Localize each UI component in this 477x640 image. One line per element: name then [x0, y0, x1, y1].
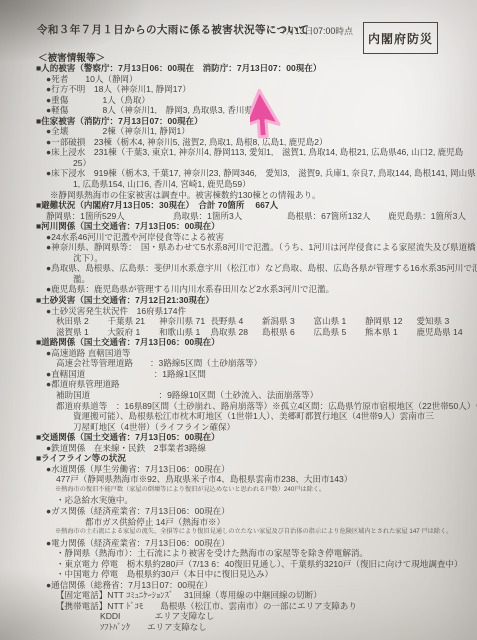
- doc-col: 広島県 5: [314, 327, 366, 338]
- doc-line: 高速会社等管理道路 ：3路線5区間（土砂崩落等）: [56, 358, 477, 369]
- doc-line: ●全壊 2棟（神奈川1, 静岡1）: [46, 126, 477, 137]
- doc-line: 秋田県 2千葉県 21神奈川県 71長野県 4新潟県 3富山県 1静岡県 12愛…: [56, 316, 477, 327]
- doc-line: 25）: [73, 158, 477, 169]
- doc-line: 資運搬可能）、島根県松江市枕木町地区（1世帯1人）、美郷町都賀行地区（4世帯9人…: [73, 411, 477, 422]
- doc-line: ■住家被害（消防庁：7月13日07：00現在）: [36, 116, 477, 127]
- doc-col: 大阪府 1: [108, 327, 160, 338]
- doc-line: ●鉄道関係 在来線・民鉄 2事業者3路線: [46, 443, 477, 454]
- doc-line: KDDI エリア支障なし: [100, 611, 477, 622]
- doc-line: ●軽傷 8人（神奈川1, 静岡3, 鳥取県3, 香川県1）: [46, 105, 477, 116]
- doc-line: ●鳥取県、島根県、広島県：斐伊川水系意宇川（松江市）など鳥取、島根、広島各県が管…: [46, 263, 477, 274]
- document-page: 令和３年７月１日からの大雨に係る被害状況等について 7月13日07:00時点 内…: [0, 0, 477, 640]
- doc-line: 1, 広島県154, 山口6, 香川4, 宮崎1, 鹿児島59）: [73, 179, 477, 190]
- doc-line: ■避難状況（内閣府7月13日05：30現在） 合計 70箇所 667人: [36, 200, 477, 211]
- doc-line: ■土砂災害（国土交通省：7月12日21:30現在）: [36, 295, 477, 306]
- doc-line: ●神奈川県、静岡県等： 国・県あわせて5水系8河川で氾濫。（うち、1河川は河岸侵…: [46, 242, 477, 253]
- doc-line: ●土砂災害発生状況件 16府県174件: [46, 306, 477, 317]
- doc-line: ●床上浸水 231棟（千葉3, 東京1, 神奈川4, 静岡113, 愛知1, 滋…: [46, 147, 477, 158]
- doc-line: ｿﾌﾄﾊﾞﾝｸ エリア支障なし: [100, 622, 477, 633]
- doc-line: 刀屋町地区（4世帯）（ライフライン確保）: [73, 422, 477, 433]
- doc-line: 477戸（静岡県熱海市※92、鳥取県米子市4、島根県雲南市238、大田市143）: [56, 474, 477, 485]
- doc-col: 秋田県 2: [56, 316, 108, 327]
- doc-line: ■交通関係（国土交通省：7月13日05：00現在）: [36, 432, 477, 443]
- doc-line: 沈下）。: [73, 253, 477, 264]
- doc-line: ●直轄国道 ：1路線1区間: [46, 369, 477, 380]
- doc-line: ●24水系46河川で氾濫や河岸侵食等による被害: [46, 232, 477, 243]
- doc-line: ■ライフライン等の状況: [36, 453, 477, 464]
- doc-line: ※熱海市の土石流による家屋の流失、全損等により復旧見通しの立たない家屋及び自治体…: [55, 527, 477, 538]
- doc-line: ●重傷 1人（鳥取）: [46, 95, 477, 106]
- doc-line: ※静岡県熱海市の住家被害は調査中。被害棟数約130棟との情報あり。: [50, 190, 477, 201]
- doc-col: 富山県 1: [314, 316, 366, 327]
- doc-body: ■人的被害（警察庁：7月13日06：00現在 消防庁：7月13日07：00現在）…: [0, 63, 477, 633]
- doc-line: ●ガス関係（経済産業省：7月13日06：00現在）: [46, 506, 477, 517]
- doc-line: ※熱海市の復旧不能戸数（家屋の倒壊等により復旧が見込めないと思われる戸数）240…: [55, 485, 477, 496]
- doc-line: ●通信関係（総務省：7月13日07：00現在）: [46, 580, 477, 591]
- doc-col: 島根県 6: [262, 327, 314, 338]
- page-title: 令和３年７月１日からの大雨に係る被害状況等について: [37, 22, 309, 37]
- doc-line: ●行方不明 18人（神奈川1, 静岡17）: [46, 84, 477, 95]
- doc-col: 滋賀県 1: [56, 327, 108, 338]
- doc-col: 島根県：67箇所132人: [287, 211, 388, 222]
- cabinet-office-badge: 内閣府防災: [363, 22, 438, 54]
- doc-line: 静岡県：1箇所529人鳥取県：1箇所3人島根県：67箇所132人鹿児島県：1箇所…: [46, 211, 477, 222]
- doc-col: 神奈川県 71: [159, 316, 211, 327]
- doc-col: 静岡県：1箇所529人: [46, 211, 173, 222]
- damage-info-heading: ＜被害情報等＞: [38, 50, 105, 64]
- doc-col: 和歌山県 1: [159, 327, 211, 338]
- doc-line: 都市ガス供給停止 14戸（熱海市※）: [85, 517, 477, 528]
- doc-line: ●電力関係（経済産業省：7月13日06：00現在）: [46, 538, 477, 549]
- doc-col: 長野県 4: [211, 316, 263, 327]
- doc-line: ・東京電力 停電 栃木県約280戸（7/13 6：40復旧見通し）、千葉県約32…: [56, 559, 477, 570]
- doc-line: ●一部破損 23棟（栃木4, 神奈川5, 滋賀2, 鳥取1, 島根8, 広島1,…: [46, 137, 477, 148]
- doc-line: ●死者 10人（静岡）: [46, 74, 477, 85]
- doc-col: 鹿児島県 14: [417, 327, 469, 338]
- doc-line: ・静岡県（熱海市）：土石流により被害を受けた熱海市の家屋等を除き停電解消。: [56, 548, 477, 559]
- doc-line: ●鹿児島県：鹿児島県が管理する川内川水系春田川など2水系3河川で氾濫。: [46, 284, 477, 295]
- doc-line: ・中国電力 停電 島根県約30戸（本日中に復旧見込み）: [56, 569, 477, 580]
- doc-line: ・応急給水実施中。: [56, 495, 477, 506]
- doc-col: 千葉県 21: [108, 316, 160, 327]
- doc-line: 補助国道 ：9路線10区間（土砂流入、法面崩落等）: [56, 390, 477, 401]
- report-timestamp: 7月13日07:00時点: [281, 24, 353, 37]
- doc-line: ■人的被害（警察庁：7月13日06：00現在 消防庁：7月13日07：00現在）: [36, 63, 477, 74]
- doc-col: 鹿児島県：1箇所3人: [388, 211, 466, 222]
- doc-col: 鳥取県：1箇所3人: [173, 211, 287, 222]
- doc-col: 愛知県 3: [417, 316, 469, 327]
- doc-line: ●床下浸水 919棟（栃木3, 千葉17, 神奈川23, 静岡346, 愛知3,…: [46, 168, 477, 179]
- doc-line: ■河川関係（国土交通省：7月13日05：00現在）: [36, 221, 477, 232]
- doc-col: 静岡県 12: [365, 316, 417, 327]
- doc-col: 鳥取県 28: [211, 327, 263, 338]
- doc-col: 熊本県 1: [365, 327, 417, 338]
- doc-col: 新潟県 3: [262, 316, 314, 327]
- doc-line: ■道路関係（国土交通省：7月13日06：00現在）: [36, 337, 477, 348]
- doc-line: 都道府県道等 ：16県89区間（土砂崩れ、路肩崩落等）※孤立4区間：広島県竹原市…: [56, 401, 477, 412]
- doc-line: 【携帯電話】NTT ﾄﾞｺﾓ 島根県（松江市、雲南市）の一部にエリア支障あり: [56, 601, 477, 612]
- doc-line: ●都道府県管理道路: [46, 379, 477, 390]
- doc-line: 濫。: [73, 274, 477, 285]
- doc-line: 【固定電話】NTT ｺﾐｭﾆｹｰｼｮﾝｽﾞ 31回線（専用線の中継回線の切断）: [56, 590, 477, 601]
- doc-line: ●高速道路 直轄国道等: [46, 348, 477, 359]
- doc-line: 滋賀県 1大阪府 1和歌山県 1鳥取県 28島根県 6広島県 5熊本県 1鹿児島…: [56, 327, 477, 338]
- doc-line: ●水道関係（厚生労働省：7月13日06：00現在）: [46, 464, 477, 475]
